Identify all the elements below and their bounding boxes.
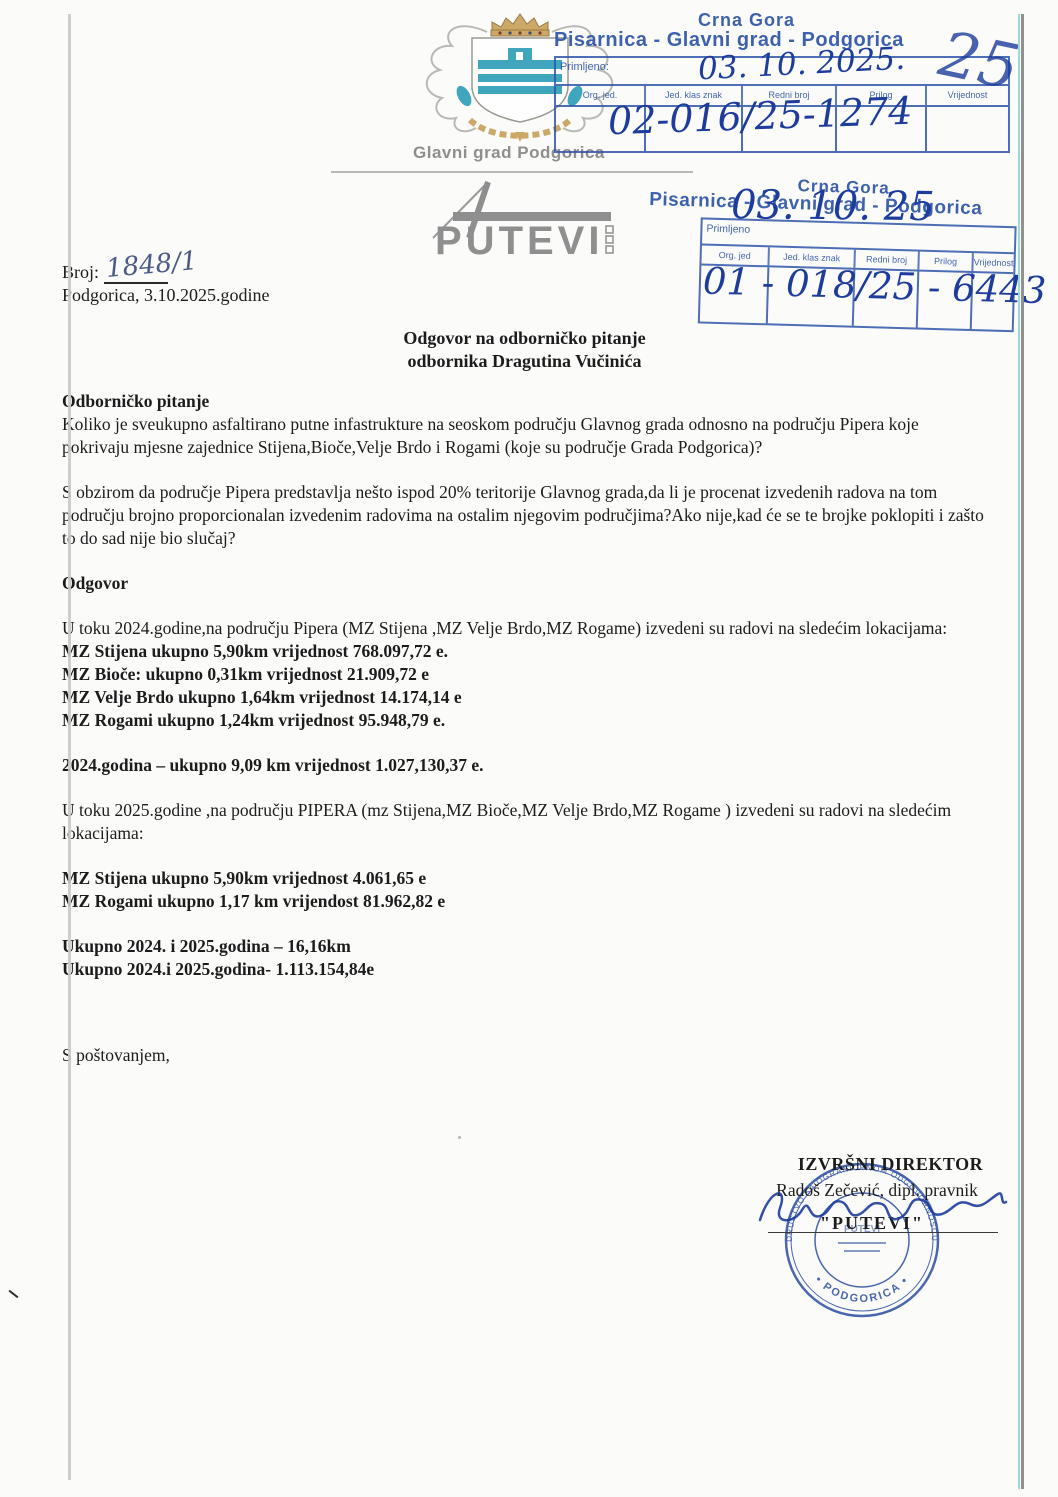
scan-artifact-right-line-gray <box>1021 14 1024 1489</box>
answer-intro-2025: U toku 2025.godine ,na području PIPERA (… <box>62 799 987 845</box>
putevi-logo-text: PUTEVI <box>435 219 603 261</box>
scanned-letter-page: { "letterhead": { "org_name": "Glavni gr… <box>0 0 1058 1497</box>
answer-heading: Odgovor <box>62 572 987 595</box>
mz-velje-brdo-2024: MZ Velje Brdo ukupno 1,64km vrijednost 1… <box>62 686 987 709</box>
answer-intro-2024: U toku 2024.godine,na području Pipera (M… <box>62 617 987 640</box>
mz-stijena-2024: MZ Stijena ukupno 5,90km vrijednost 768.… <box>62 640 987 663</box>
stamp1-country: Crna Gora <box>698 10 795 31</box>
mz-rogami-2025: MZ Rogami ukupno 1,17 km vrijendost 81.9… <box>62 890 987 913</box>
mz-bioce-2024: MZ Bioče: ukupno 0,31km vrijednost 21.90… <box>62 663 987 686</box>
mz-stijena-2025: MZ Stijena ukupno 5,90km vrijednost 4.06… <box>62 867 987 890</box>
registry-stamp-1: Crna Gora Pisarnica - Glavni grad - Podg… <box>548 10 1018 160</box>
question-heading: Odborničko pitanje <box>62 390 987 413</box>
title-line-2: odbornika Dragutina Vučinića <box>62 350 987 373</box>
scan-dot-artifact <box>458 1136 461 1139</box>
scan-artifact-left-line <box>68 14 71 1480</box>
putevi-logo: PUTEVI <box>393 176 628 261</box>
svg-text:• PODGORICA •: • PODGORICA • <box>812 1274 911 1305</box>
pen-tick-mark <box>9 1290 19 1298</box>
registry-stamp-2: Crna Gora Pisarnica - Glavni grad - Podg… <box>646 172 1022 337</box>
broj-handwritten-value: 1848/1 <box>105 246 199 284</box>
question-paragraph-1: Koliko je sveukupno asfaltirano putne in… <box>62 413 987 459</box>
place-date-line: Podgorica, 3.10.2025.godine <box>62 285 269 306</box>
question-paragraph-2: S obzirom da područje Pipera predstavlja… <box>62 481 987 550</box>
mz-rogami-2024: MZ Rogami ukupno 1,24km vrijednost 95.94… <box>62 709 987 732</box>
signatory-title: IZVRŠNI DIREKTOR <box>788 1154 993 1175</box>
document-body: Odborničko pitanje Koliko je sveukupno a… <box>62 390 987 1067</box>
letterhead-divider <box>331 171 693 173</box>
logo-doo-marks <box>606 226 613 253</box>
closing-salutation: S poštovanjem, <box>62 1044 987 1067</box>
scan-artifact-right-line-teal <box>1018 14 1020 1489</box>
stamp2-handwritten-date: 03. 10. 25 <box>731 182 935 230</box>
round-stamp-bottom-text: • PODGORICA • <box>812 1274 911 1305</box>
total-value-2024-2025: Ukupno 2024.i 2025.godina- 1.113.154,84e <box>62 958 987 981</box>
document-title: Odgovor na odborničko pitanje odbornika … <box>62 327 987 373</box>
total-km-2024-2025: Ukupno 2024. i 2025.godina – 16,16km <box>62 935 987 958</box>
total-2024: 2024.godina – ukupno 9,09 km vrijednost … <box>62 754 987 777</box>
handwritten-signature <box>748 1178 1013 1240</box>
crown-shape <box>492 14 548 32</box>
